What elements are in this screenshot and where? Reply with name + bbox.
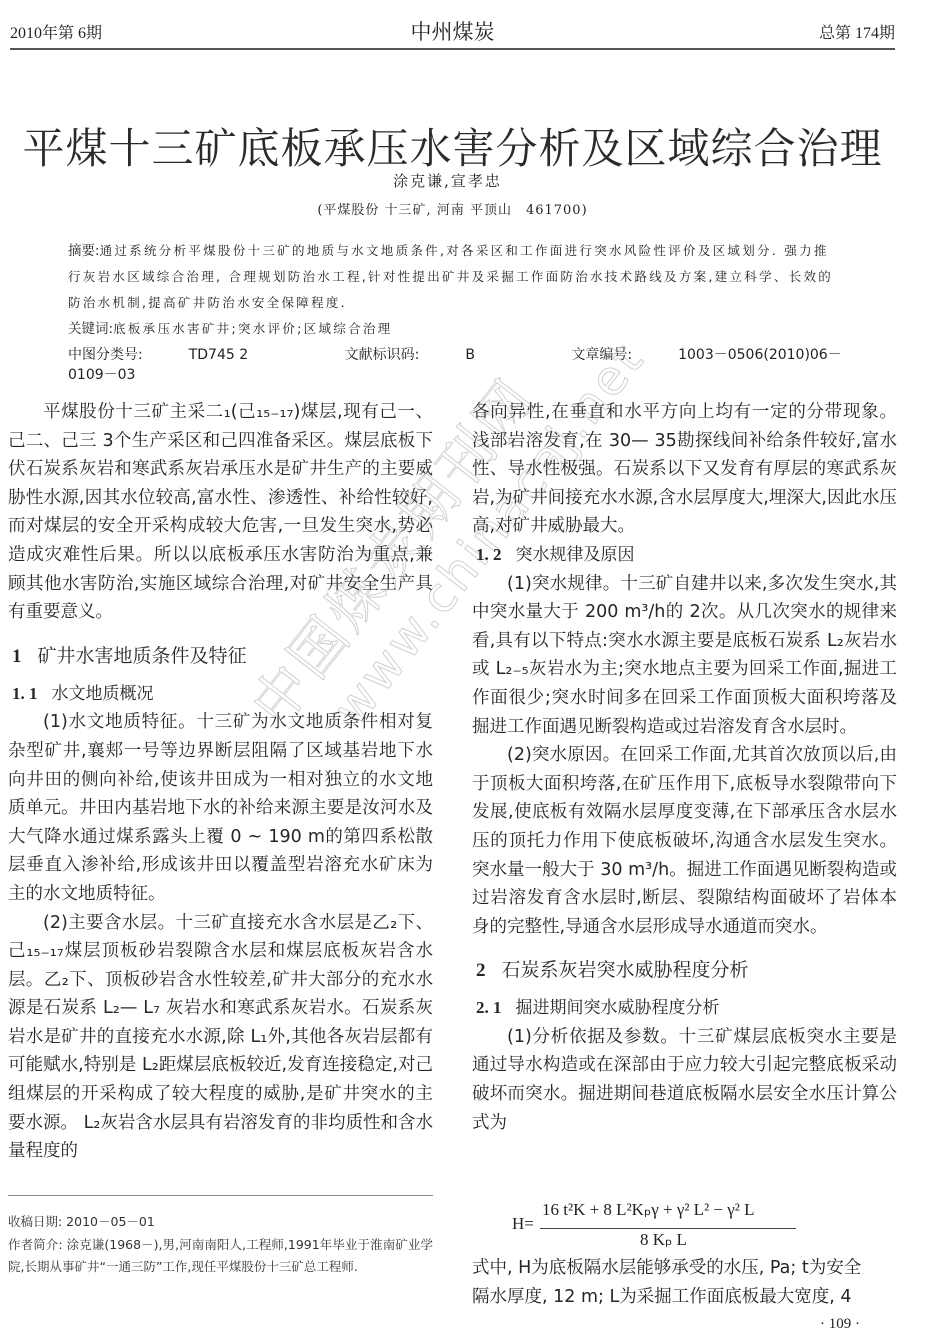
article-title: 平煤十三矿底板承压水害分析及区域综合治理 xyxy=(0,116,905,176)
paragraph-hydrogeology: (1)水文地质特征。十三矿为水文地质条件相对复杂型矿井,襄郏一号等边界断层阻隔了… xyxy=(8,708,433,908)
clc-code: 中图分类号:TD745 2 xyxy=(68,347,294,363)
section-1-heading: 1矿井水害地质条件及特征 xyxy=(12,641,433,672)
formula-numerator: 16 t²K + 8 L²Kₚγ + γ² L² − γ² L xyxy=(542,1200,755,1220)
section-2-1-heading: 2. 1掘进期间突水威胁程度分析 xyxy=(476,994,897,1023)
footnotes: 收稿日期: 2010－05－01 作者简介: 涂克谦(1968－),男,河南南阳… xyxy=(8,1211,433,1279)
abstract-text: 通过系统分析平煤股份十三矿的地质与水文地质条件,对各采区和工作面进行突水风险性评… xyxy=(68,243,833,310)
abstract-label: 摘要: xyxy=(68,243,100,259)
paragraph-continued: 各向异性,在垂直和水平方向上均有一定的分带现象。浅部岩溶发育,在 30— 35勘… xyxy=(472,398,897,541)
section-1-2-heading: 1. 2突水规律及原因 xyxy=(476,541,897,570)
running-header: 2010年第 6期 中州煤炭 总第 174期 xyxy=(10,14,895,50)
section-2-heading: 2石炭系灰岩突水威胁程度分析 xyxy=(476,955,897,986)
paragraph-aquifers: (2)主要含水层。十三矿直接充水含水层是乙₂下、己₁₅₋₁₇煤层顶板砂岩裂隙含水… xyxy=(8,909,433,1166)
paragraph-inrush-pattern: (1)突水规律。十三矿自建井以来,多次发生突水,其中突水量大于 200 m³/h… xyxy=(472,570,897,742)
paragraph-analysis-basis: (1)分析依据及参数。十三矿煤层底板突水主要是通过导水构造或在深部由于应力较大引… xyxy=(472,1023,897,1137)
footnote-divider xyxy=(8,1195,433,1196)
abstract: 摘要:通过系统分析平煤股份十三矿的地质与水文地质条件,对各采区和工作面进行突水风… xyxy=(68,238,843,342)
formula-denominator: 8 Kₚ L xyxy=(640,1230,687,1250)
formula-lhs: H= xyxy=(512,1214,534,1234)
document-code: 文献标识码:B xyxy=(345,347,521,363)
formula-explanation: 式中, H为底板隔水层能够承受的水压, Pa; t为安全 隔水厚度, 12 m;… xyxy=(472,1254,897,1312)
received-date: 收稿日期: 2010－05－01 xyxy=(8,1211,433,1234)
journal-name: 中州煤炭 xyxy=(10,16,895,46)
page-number: · 109 · xyxy=(820,1316,860,1330)
classification-row: 中图分类号:TD745 2 文献标识码:B 文章编号:1003－0506(201… xyxy=(68,344,868,384)
article-affiliation: (平煤股份 十三矿, 河南 平顶山 461700) xyxy=(0,199,905,218)
keywords-label: 关键词: xyxy=(68,321,113,337)
author-bio: 作者简介: 涂克谦(1968－),男,河南南阳人,工程师,1991年毕业于淮南矿… xyxy=(8,1234,433,1279)
intro-paragraph: 平煤股份十三矿主采二₁(己₁₅₋₁₇)煤层,现有己一、己二、己三 3个生产采区和… xyxy=(8,398,433,627)
fraction-bar xyxy=(540,1228,796,1229)
paragraph-inrush-cause: (2)突水原因。在回采工作面,尤其首次放顶以后,由于顶板大面积垮落,在矿压作用下… xyxy=(472,741,897,941)
article-authors: 涂克谦,宣孝忠 xyxy=(0,170,895,191)
total-issue-label: 总第 174期 xyxy=(819,20,895,43)
keywords-text: 底板承压水害矿井;突水评价;区域综合治理 xyxy=(113,321,392,336)
right-column: 各向异性,在垂直和水平方向上均有一定的分带现象。浅部岩溶发育,在 30— 35勘… xyxy=(472,398,897,1137)
section-1-1-heading: 1. 1水文地质概况 xyxy=(12,680,433,709)
left-column: 平煤股份十三矿主采二₁(己₁₅₋₁₇)煤层,现有己一、己二、己三 3个生产采区和… xyxy=(8,398,433,1166)
